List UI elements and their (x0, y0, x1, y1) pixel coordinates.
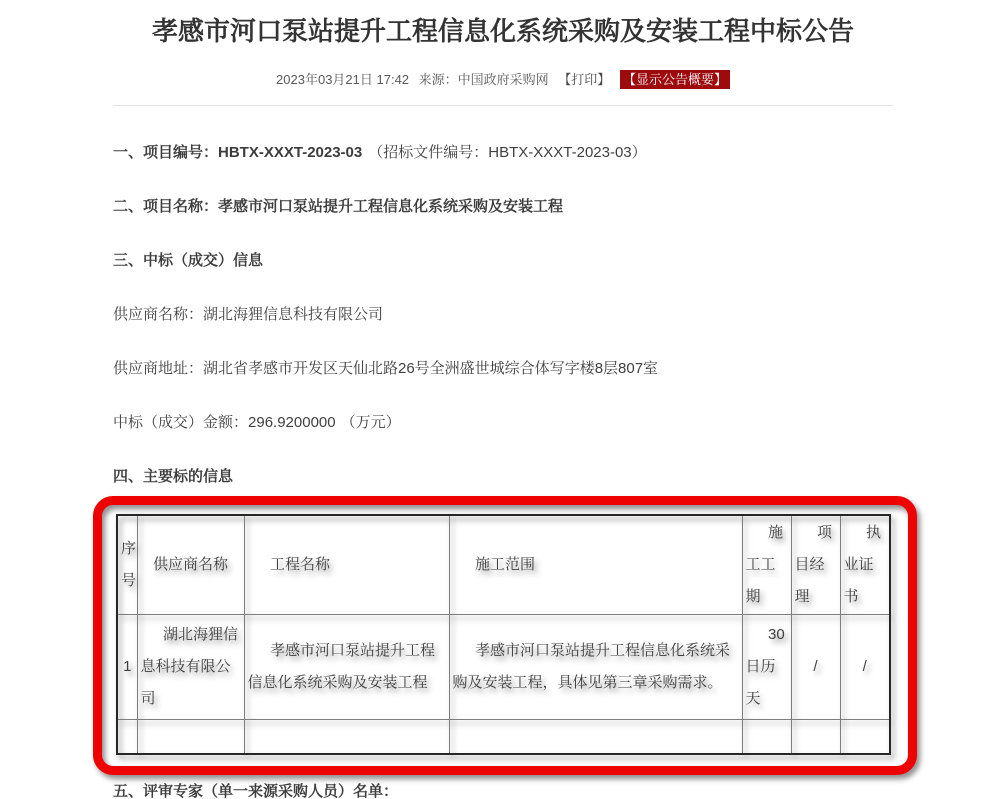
header-construction-period: 施工工期 (742, 515, 791, 615)
empty-cell (117, 720, 137, 755)
empty-cell (137, 720, 244, 755)
supplier-name-line: 供应商名称：湖北海狸信息科技有限公司 (113, 306, 893, 323)
award-info-heading: 三、中标（成交）信息 (113, 252, 893, 269)
award-amount-label: 中标（成交）金额： (113, 414, 248, 431)
empty-cell (244, 720, 449, 755)
print-link[interactable]: 【打印】 (558, 72, 610, 87)
empty-cell (791, 720, 840, 755)
empty-cell (742, 720, 791, 755)
cell-seq-no: 1 (117, 615, 137, 720)
meta-line: 2023年03月21日 17:42 来源：中国政府采购网 【打印】 【显示公告概… (113, 70, 893, 89)
empty-cell (449, 720, 742, 755)
table-header-row: 序号 供应商名称 工程名称 施工范围 施工工期 项目经理 执业证书 (117, 515, 890, 615)
cell-project-name: 孝感市河口泵站提升工程信息化系统采购及安装工程 (244, 615, 449, 720)
header-project-name: 工程名称 (244, 515, 449, 615)
award-amount-unit: （万元） (341, 414, 401, 431)
header-supplier-name: 供应商名称 (137, 515, 244, 615)
table-row: 1 湖北海狸信息科技有限公司 孝感市河口泵站提升工程信息化系统采购及安装工程 孝… (117, 615, 890, 720)
table-empty-row (117, 720, 890, 755)
award-amount-value: 296.9200000 (248, 414, 336, 431)
project-number-value: HBTX-XXXT-2023-03 (218, 144, 362, 161)
header-project-manager: 项目经理 (791, 515, 840, 615)
project-number-label: 一、项目编号：HBTX-XXXT-2023-03 (113, 144, 362, 161)
source-text: 来源：中国政府采购网 (419, 72, 549, 87)
page-title: 孝感市河口泵站提升工程信息化系统采购及安装工程中标公告 (113, 14, 893, 48)
experts-heading: 五、评审专家（单一来源采购人员）名单： (113, 783, 893, 799)
header-seq-no: 序号 (117, 515, 137, 615)
supplier-address-line: 供应商地址：湖北省孝感市开发区天仙北路26号全洲盛世城综合体写字楼8层807室 (113, 360, 893, 377)
main-bid-table: 序号 供应商名称 工程名称 施工范围 施工工期 项目经理 执业证书 1 湖北海狸… (116, 514, 891, 755)
cell-project-manager: / (791, 615, 840, 720)
publish-datetime: 2023年03月21日 17:42 (276, 72, 409, 87)
tender-doc-number: （招标文件编号：HBTX-XXXT-2023-03） (368, 144, 646, 161)
empty-cell (840, 720, 890, 755)
award-amount-line: 中标（成交）金额：296.9200000（万元） (113, 414, 893, 431)
main-bid-heading: 四、主要标的信息 (113, 468, 893, 485)
announcement-page: 孝感市河口泵站提升工程信息化系统采购及安装工程中标公告 2023年03月21日 … (0, 14, 991, 799)
cell-construction-period: 30日历天 (742, 615, 791, 720)
show-summary-badge[interactable]: 【显示公告概要】 (620, 70, 730, 89)
cell-construction-scope: 孝感市河口泵站提升工程信息化系统采购及安装工程，具体见第三章采购需求。 (449, 615, 742, 720)
cell-supplier-name: 湖北海狸信息科技有限公司 (137, 615, 244, 720)
header-practice-certificate: 执业证书 (840, 515, 890, 615)
red-highlight-annotation: 序号 供应商名称 工程名称 施工范围 施工工期 项目经理 执业证书 1 湖北海狸… (93, 496, 917, 775)
project-name-line: 二、项目名称：孝感市河口泵站提升工程信息化系统采购及安装工程 (113, 198, 893, 215)
project-name-text: 二、项目名称：孝感市河口泵站提升工程信息化系统采购及安装工程 (113, 198, 563, 215)
header-divider (113, 105, 893, 106)
project-number-line: 一、项目编号：HBTX-XXXT-2023-03（招标文件编号：HBTX-XXX… (113, 144, 893, 161)
header-construction-scope: 施工范围 (449, 515, 742, 615)
cell-practice-certificate: / (840, 615, 890, 720)
